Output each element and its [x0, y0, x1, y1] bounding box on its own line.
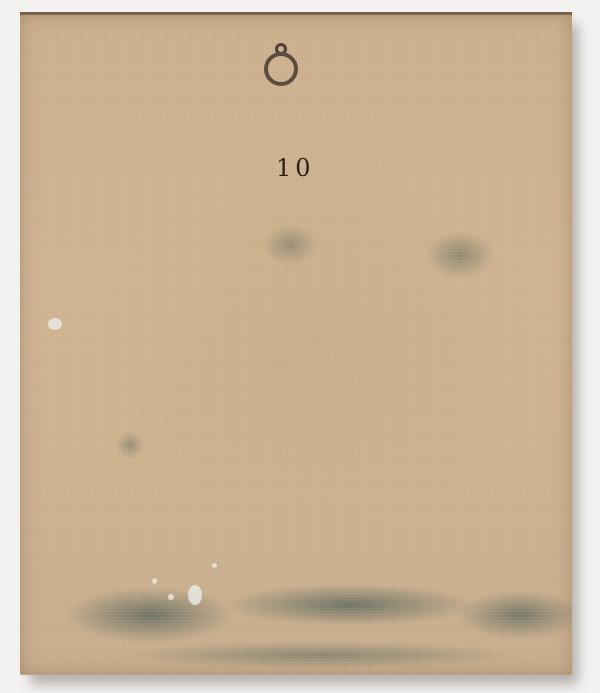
white-spot — [188, 585, 202, 605]
white-spot — [168, 594, 174, 600]
hanging-ring — [264, 52, 298, 86]
white-spot — [48, 318, 62, 330]
fabric-panel-back — [20, 15, 572, 675]
handwritten-mark: 10 — [276, 154, 315, 182]
white-spot — [212, 563, 217, 568]
white-spot — [152, 578, 157, 584]
